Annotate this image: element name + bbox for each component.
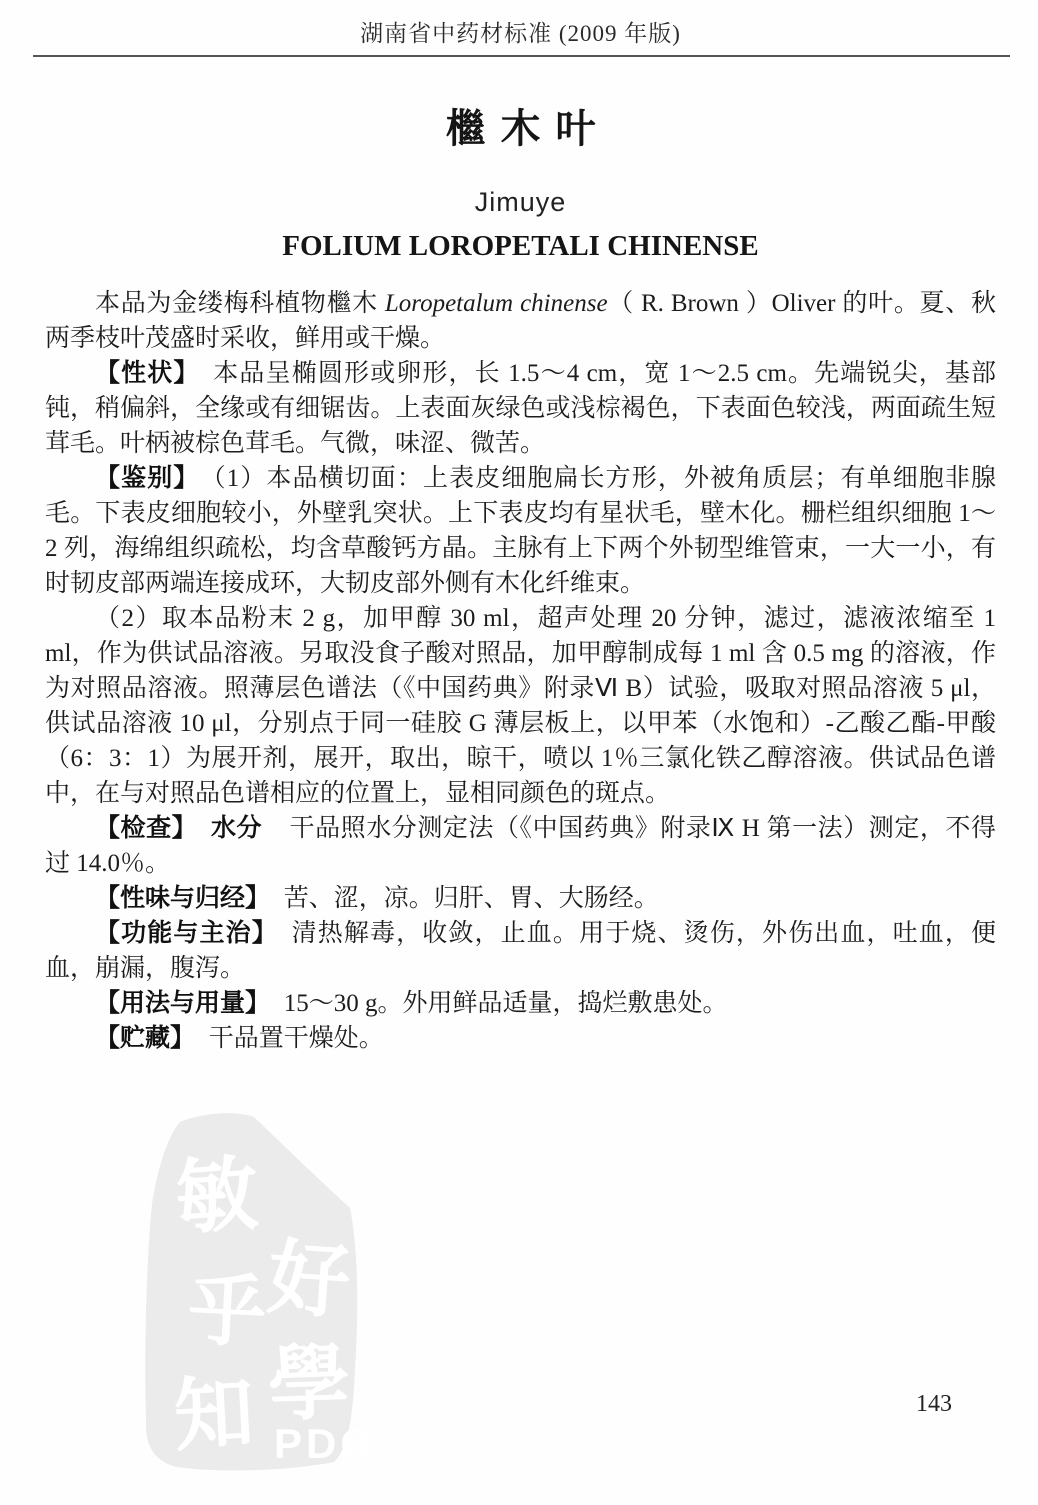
species-latin-name: Loropetalum chinense	[385, 290, 608, 317]
seal-glyph-3: 知	[172, 1370, 256, 1462]
article-title-pinyin: Jimuye	[45, 188, 996, 216]
section-dosage-label: 【用法与用量】	[95, 989, 270, 1017]
section-examination-label: 【检查】	[95, 814, 197, 842]
intro-text-before-latin: 本品为金缕梅科植物檵木	[95, 290, 385, 317]
article-title-latin: FOLIUM LOROPETALI CHINENSE	[45, 231, 996, 261]
section-function-indication-label: 【功能与主治】	[95, 919, 278, 947]
section-examination: 【检查】水分干品照水分测定法（《中国药典》附录Ⅸ H 第一法）测定，不得过 14…	[45, 811, 996, 881]
section-function-indication: 【功能与主治】清热解毒，收敛，止血。用于烧、烫伤，外伤出血，吐血，便血，崩漏，腹…	[45, 916, 996, 986]
article-body: 本品为金缕梅科植物檵木 Loropetalum chinense（ R. Bro…	[45, 286, 996, 1056]
section-identification: 【鉴别】（1）本品横切面：上表皮细胞扁长方形，外被角质层；有单细胞非腺毛。下表皮…	[45, 461, 996, 601]
section-taste-meridian-text: 苦、涩，凉。归肝、胃、大肠经。	[284, 885, 659, 912]
section-character-label: 【性状】	[95, 359, 200, 387]
header-divider	[33, 55, 1010, 57]
section-examination-sublabel: 水分	[211, 814, 262, 842]
pdg-watermark-label: PDG	[274, 1420, 368, 1467]
seal-glyph-5: 學	[266, 1337, 351, 1431]
section-dosage: 【用法与用量】15～30 g。外用鲜品适量，捣烂敷患处。	[45, 986, 996, 1021]
seal-watermark-blob	[145, 1113, 357, 1470]
section-taste-meridian-label: 【性味与归经】	[95, 884, 270, 912]
section-character: 【性状】本品呈椭圆形或卵形，长 1.5～4 cm，宽 1～2.5 cm。先端锐尖…	[45, 356, 996, 461]
section-identification-label: 【鉴别】	[95, 464, 199, 492]
article-title-chinese: 檵木叶	[45, 105, 996, 153]
page-number: 143	[916, 1390, 952, 1418]
seal-glyph-1: 敏	[173, 1148, 261, 1244]
intro-paragraph: 本品为金缕梅科植物檵木 Loropetalum chinense（ R. Bro…	[45, 286, 996, 356]
seal-watermark: 敏 乎 知 好 學 PDG	[136, 1110, 368, 1485]
section-storage: 【贮藏】干品置干燥处。	[45, 1021, 996, 1056]
scanned-document-page: 湖南省中药材标准 (2009 年版) 檵木叶 Jimuye FOLIUM LOR…	[0, 0, 1038, 1505]
section-dosage-text: 15～30 g。外用鲜品适量，捣烂敷患处。	[284, 990, 728, 1017]
section-taste-meridian: 【性味与归经】苦、涩，凉。归肝、胃、大肠经。	[45, 881, 996, 916]
seal-glyph-2: 乎	[186, 1266, 268, 1357]
seal-glyph-4: 好	[265, 1232, 353, 1328]
section-identification-part2: （2）取本品粉末 2 g，加甲醇 30 ml，超声处理 20 分钟，滤过，滤液浓…	[45, 601, 996, 811]
section-storage-text: 干品置干燥处。	[209, 1025, 384, 1052]
running-head: 湖南省中药材标准 (2009 年版)	[45, 20, 996, 48]
section-identification-part2-text: （2）取本品粉末 2 g，加甲醇 30 ml，超声处理 20 分钟，滤过，滤液浓…	[45, 605, 996, 807]
section-storage-label: 【贮藏】	[95, 1024, 195, 1052]
